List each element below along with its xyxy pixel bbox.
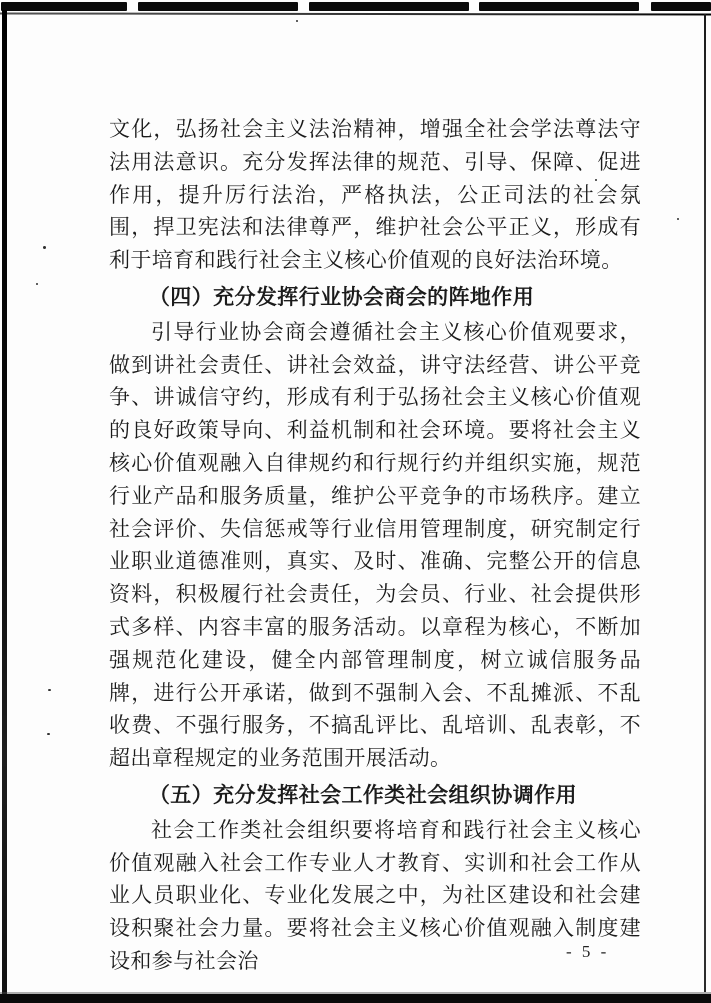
paragraph-law-culture-continuation: 文化，弘扬社会主义法治精神，增强全社会学法尊法守法用法意识。充分发挥法律的规范、… — [109, 113, 641, 277]
scan-edge-top-segment — [138, 2, 298, 11]
scan-speck — [296, 20, 298, 22]
scan-edge-top-segment — [651, 2, 711, 11]
scan-speck — [48, 689, 51, 691]
scanned-document-page: 文化，弘扬社会主义法治精神，增强全社会学法尊法守法用法意识。充分发挥法律的规范、… — [0, 0, 711, 1003]
scan-edge-top-segment — [479, 2, 639, 11]
page-number: - 5 - — [566, 942, 609, 962]
document-text-block: 文化，弘扬社会主义法治精神，增强全社会学法尊法守法用法意识。充分发挥法律的规范、… — [109, 113, 641, 978]
scan-edge-left-bar — [2, 10, 7, 1003]
section-heading-5: （五）充分发挥社会工作类社会组织协调作用 — [109, 779, 641, 812]
scan-speck — [43, 246, 46, 249]
scan-edge-top-segment — [1, 2, 127, 11]
scan-edge-top-segment — [309, 2, 469, 11]
scan-edge-bottom-bar — [0, 994, 711, 1003]
scan-speck — [36, 283, 38, 285]
scan-speck — [47, 733, 50, 735]
scan-edge-right-line — [704, 14, 706, 992]
section-heading-4: （四）充分发挥行业协会商会的阵地作用 — [109, 281, 641, 314]
scan-speck — [677, 218, 679, 220]
paragraph-social-work-organizations: 社会工作类社会组织要将培育和践行社会主义核心价值观融入社会工作专业人才教育、实训… — [109, 814, 641, 978]
paragraph-industry-associations: 引导行业协会商会遵循社会主义核心价值观要求，做到讲社会责任、讲社会效益，讲守法经… — [109, 316, 641, 775]
scan-edge-top-line — [0, 13, 711, 16]
